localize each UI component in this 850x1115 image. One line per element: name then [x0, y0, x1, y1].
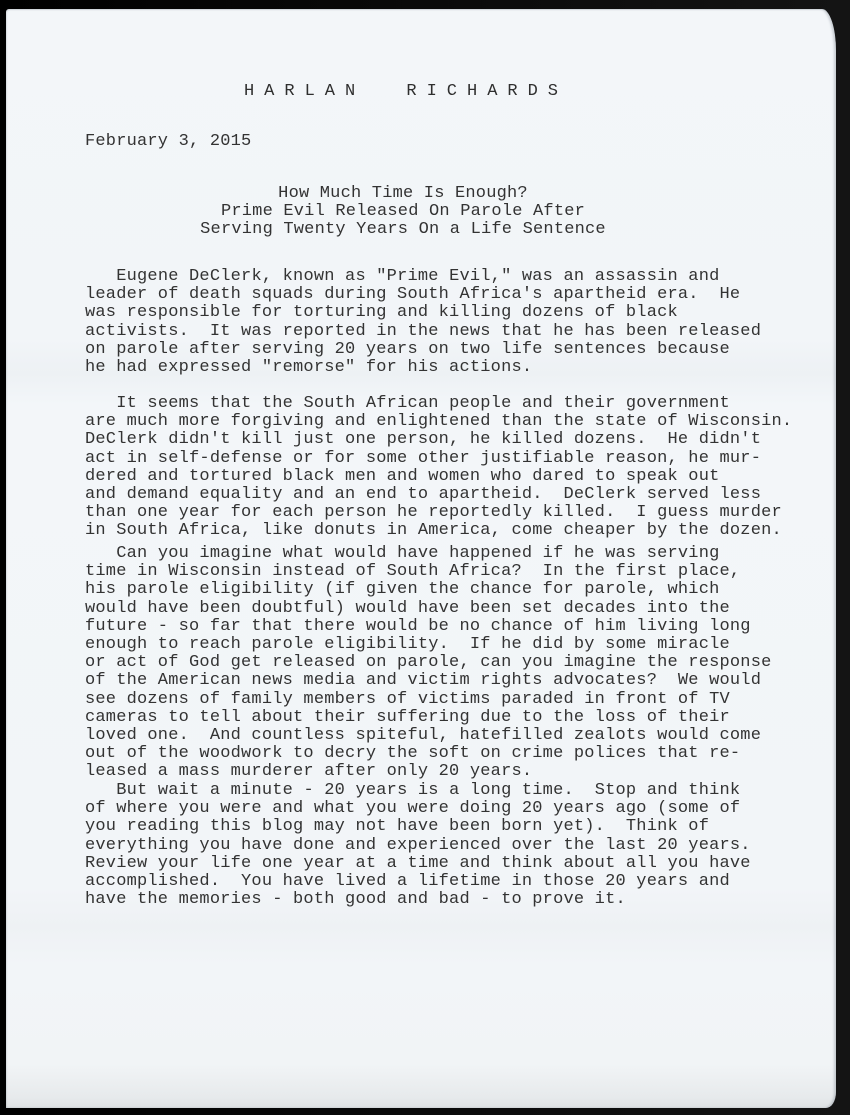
paragraph-1: Eugene DeClerk, known as "Prime Evil," w…	[85, 268, 830, 377]
title-line-1: How Much Time Is Enough?	[6, 185, 800, 203]
scan-frame: HARLAN RICHARDS February 3, 2015 How Muc…	[0, 0, 850, 1115]
paragraph-3: Can you imagine what would have happened…	[85, 545, 830, 782]
title-line-3: Serving Twenty Years On a Life Sentence	[6, 221, 800, 239]
letter-title: How Much Time Is Enough? Prime Evil Rele…	[6, 185, 800, 240]
author-header: HARLAN RICHARDS	[6, 83, 806, 101]
title-line-2: Prime Evil Released On Parole After	[6, 203, 800, 221]
paragraph-4: But wait a minute - 20 years is a long t…	[85, 782, 830, 909]
paragraph-2: It seems that the South African people a…	[85, 395, 830, 541]
letter-page: HARLAN RICHARDS February 3, 2015 How Muc…	[6, 9, 836, 1108]
letter-date: February 3, 2015	[85, 133, 251, 151]
